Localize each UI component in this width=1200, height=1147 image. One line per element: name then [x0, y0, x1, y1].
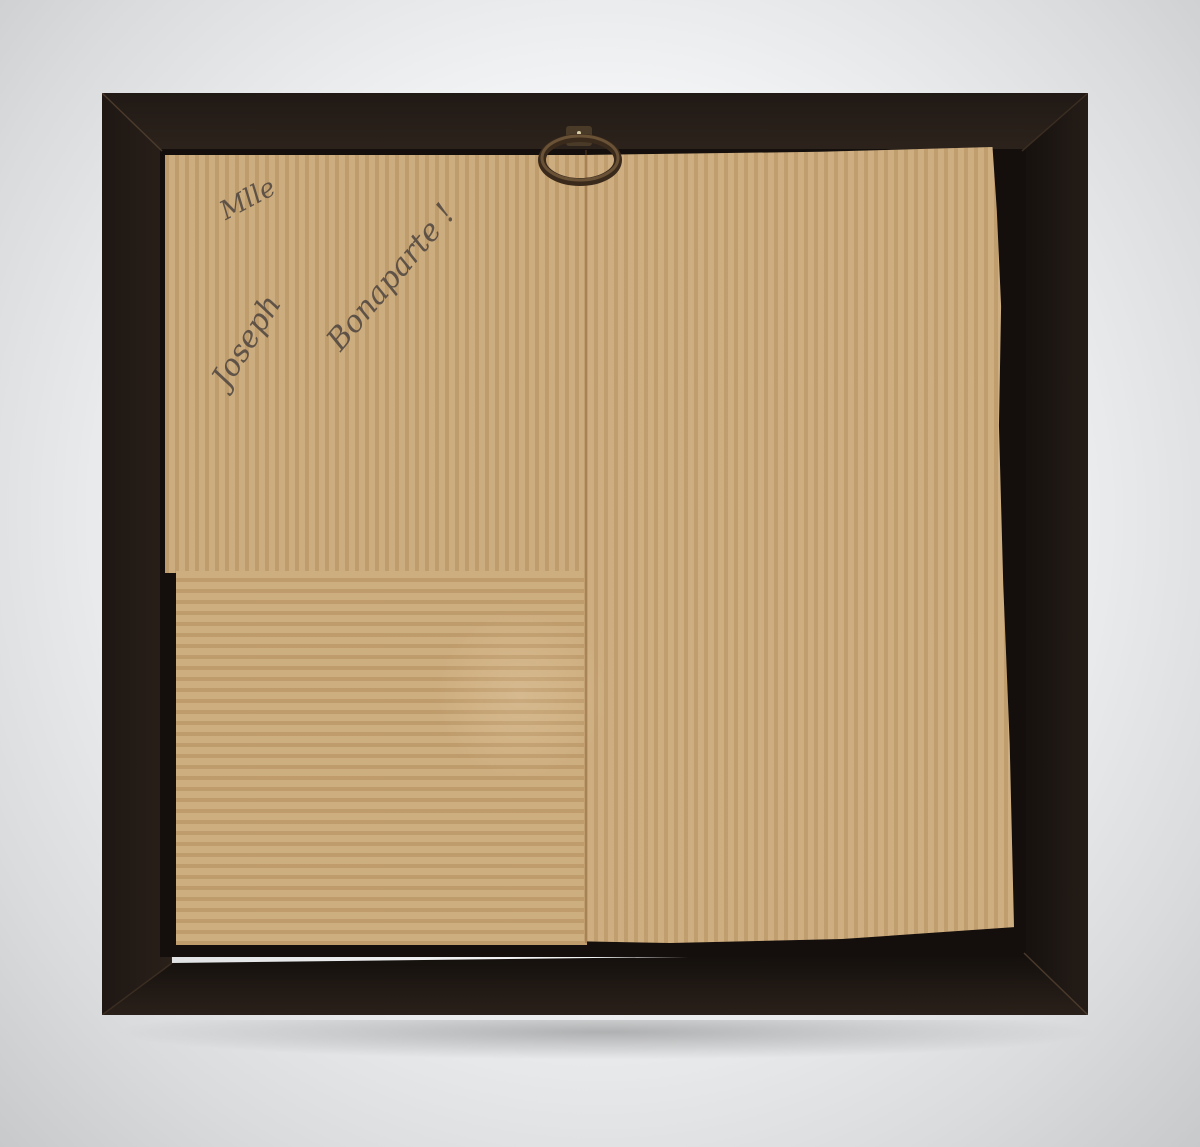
inscription-line-3: Bonaparte !	[320, 197, 463, 358]
frame-shadow	[110, 1020, 1100, 1060]
paper-stain	[430, 610, 610, 780]
handwritten-inscription: Mlle Joseph Bonaparte !	[195, 175, 535, 385]
inscription-line-1: Mlle	[215, 172, 281, 226]
paper-backing-right	[584, 147, 1014, 943]
paper-seam	[585, 150, 587, 943]
inscription-line-2: Joseph	[205, 289, 289, 394]
hanging-ring-icon	[536, 124, 624, 186]
